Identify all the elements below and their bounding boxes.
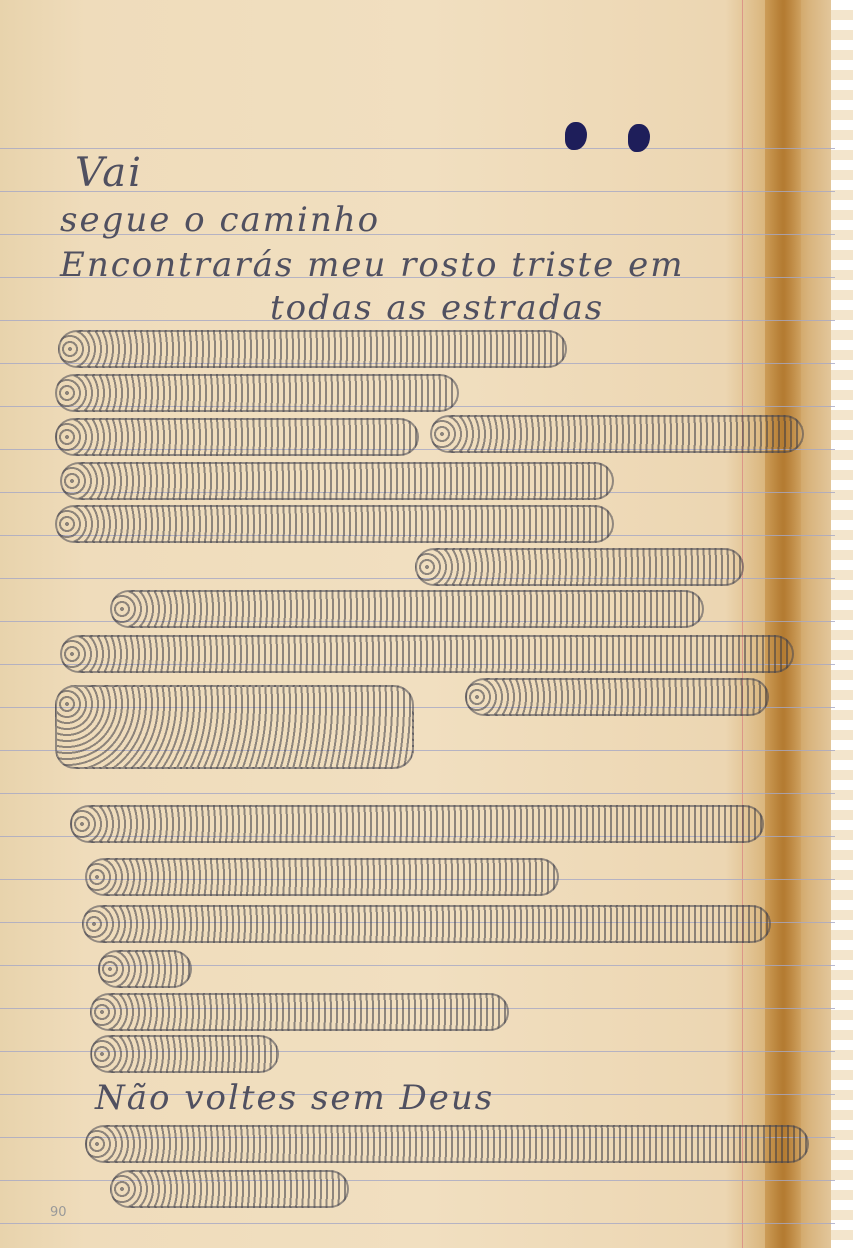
margin-line [742,0,743,1248]
crossed-out-line [58,330,567,368]
page-number: 90 [50,1205,67,1220]
crossed-out-line [110,590,704,628]
handwritten-line: Vai [75,150,143,196]
crossed-out-line [85,1125,809,1163]
crossed-out-line [70,805,764,843]
crossed-out-line [90,1035,279,1073]
notebook-page: Vai segue o caminho Encontrarás meu rost… [0,0,853,1248]
crossed-out-line [90,993,509,1031]
handwritten-line: Não voltes sem Deus [95,1078,494,1118]
crossed-out-line [82,905,771,943]
rule-line [0,793,835,794]
crossed-out-line [430,415,804,453]
handwritten-line: todas as estradas [270,288,604,328]
crossed-out-line [110,1170,349,1208]
crossed-out-line [55,418,419,456]
handwritten-line: segue o caminho [60,200,380,240]
handwritten-line: Encontrarás meu rosto triste em [60,245,684,285]
crossed-out-line [98,950,192,988]
crossed-out-line [60,462,614,500]
rule-line [0,1223,835,1224]
crossed-out-line [415,548,744,586]
crossed-out-line [55,505,614,543]
ink-blot [565,122,587,150]
crossed-out-line [465,678,769,716]
crossed-out-line [55,685,414,769]
tape-stain [765,0,801,1248]
crossed-out-line [55,374,459,412]
crossed-out-line [60,635,794,673]
crossed-out-line [85,858,559,896]
torn-edge [831,0,853,1248]
rule-line [0,148,835,149]
